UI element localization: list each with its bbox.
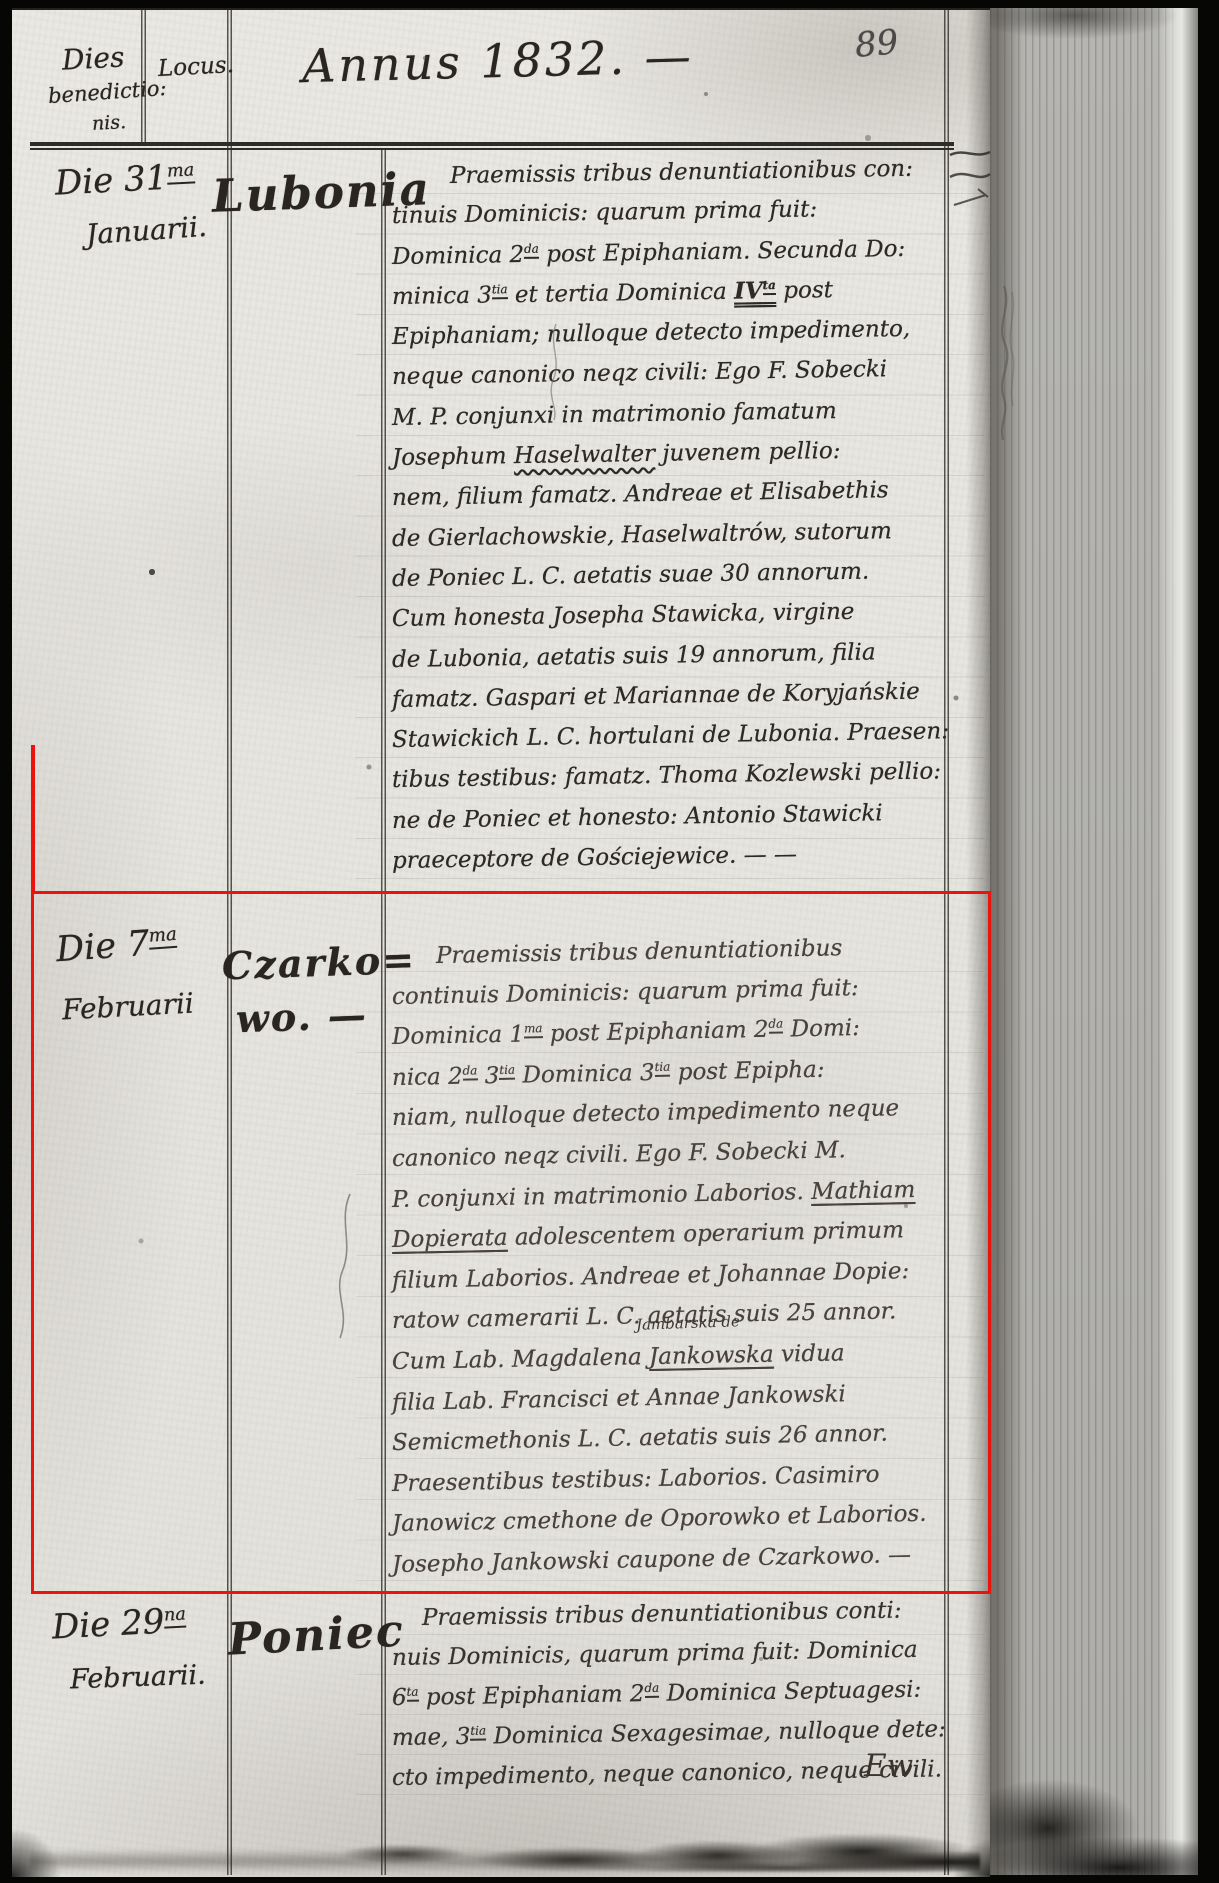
paper-specks [0,0,2,2]
entry3-locus: Poniec [227,1605,406,1665]
margin-scribble-icon [948,145,993,220]
header-col1-line1: Dies [61,40,125,76]
crease-squiggle-icon [544,322,566,422]
entry3-text: Praemissis tribus denuntiationibus conti… [392,1598,946,1798]
entry1-date-line1: Die 31ma [54,156,196,203]
spine-marginalia-icon [988,282,1022,447]
header-underline [30,142,954,150]
entry3-date-line2: Februarii. [70,1660,207,1696]
highlight-rectangle-tail [31,745,35,893]
scanned-register-page: Dies benedictio: nis. Locus. Annus 1832.… [0,0,1219,1883]
entry3-partial-word: Ew [864,1748,913,1784]
bottom-stain-band [30,1838,980,1874]
register-line: praeceptore de Gościejewice. — — [392,832,950,881]
entry1-text: Praemissis tribus denuntiationibus con:t… [392,156,949,881]
header-col1-line3: nis. [91,111,126,135]
entry3-date-line1: Die 29na [51,1601,187,1648]
page-number: 89 [853,22,900,66]
header-col2-label: Locus. [157,52,234,82]
page-title-year: Annus 1832. — [301,29,694,93]
highlight-rectangle [31,891,991,1594]
